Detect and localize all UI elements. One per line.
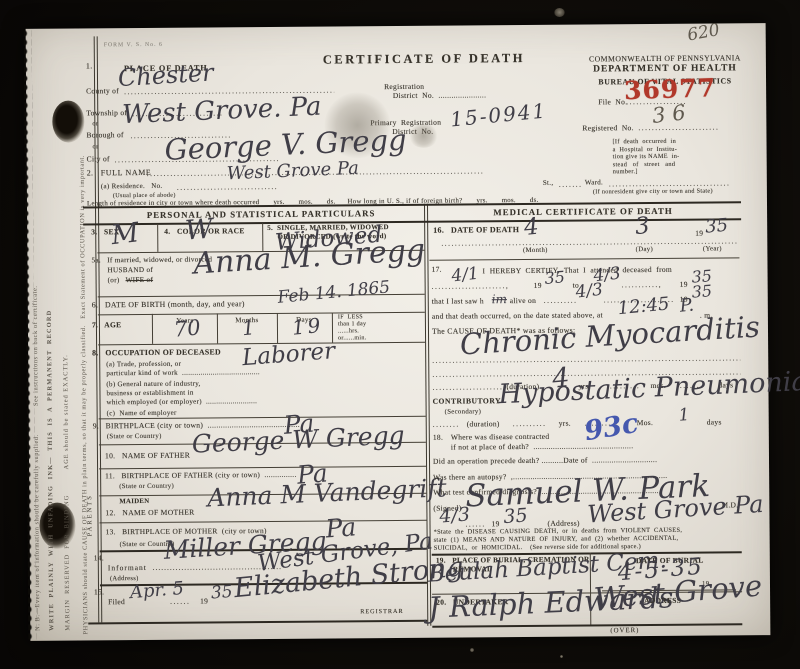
file-no-stamp: 36977	[624, 75, 717, 103]
left-column-header: PERSONAL AND STATISTICAL PARTICULARS	[99, 209, 423, 221]
hospital-note: [If death occurred in a Hospital or Inst…	[612, 138, 679, 176]
certify-intro: I HEREBY CERTIFY, That I attended deceas…	[482, 265, 672, 275]
occupation-c-label: (c) Name of employer	[107, 409, 177, 419]
right-column-bottom-rule	[432, 623, 742, 627]
mother-birthplace-value: Pa	[325, 514, 357, 541]
residence-label: (a) Residence. No.	[101, 182, 163, 191]
file-no-label: File No.	[598, 97, 627, 106]
certify-dots-1: ......................,	[432, 281, 510, 291]
duration2-days-label: days	[707, 417, 722, 426]
duration2-mos-label: Mos.	[637, 418, 653, 427]
row-rule	[429, 257, 739, 260]
registrar-label: REGISTRAR	[360, 607, 403, 616]
borough-value: West Grove. Pa	[122, 94, 322, 128]
certify-number: 17.	[431, 265, 441, 274]
certify-year-1: 35	[544, 269, 566, 287]
spouse-or-label: (or)	[108, 276, 120, 285]
date-of-death-day: 3	[634, 215, 651, 239]
lastsaw-dots-1: ..........	[544, 296, 578, 305]
margin-note-reserved: MARGIN RESERVED FOR BINDING AGE should b…	[60, 119, 71, 631]
full-name-value: George V. Gregg	[164, 125, 407, 164]
certificate-title: CERTIFICATE OF DEATH	[264, 54, 584, 66]
age-cell-divider	[152, 314, 153, 344]
mother-name-value: Anna M Vandegrift	[207, 475, 447, 510]
sex-color-divider	[157, 224, 158, 252]
lastsaw-post: alive on	[510, 296, 536, 305]
right-column-header: MEDICAL CERTIFICATE OF DEATH	[427, 206, 739, 217]
agency-line-1: COMMONWEALTH OF PENNSYLVANIA	[574, 53, 756, 63]
certify-dots-2: ...........,	[622, 280, 663, 289]
ward-label: Ward.	[585, 178, 603, 187]
left-column-bottom-rule	[88, 620, 427, 625]
city-label: City of	[87, 154, 110, 163]
contributory-label: CONTRIBUTORY	[433, 396, 502, 406]
day-caption: (Day)	[619, 245, 669, 254]
dust-speck	[470, 648, 474, 652]
address-paren-label: (Address)	[547, 519, 579, 528]
age-ifless-note: IF LESS than 1 day ......hrs. or......mi…	[338, 314, 367, 342]
secondary-label: (Secondary)	[445, 407, 482, 416]
occupation-b-label: (b) General nature of industry, business…	[106, 379, 257, 407]
father-birthplace-label: 11. BIRTHPLACE OF FATHER (city or town) …	[105, 470, 297, 481]
row-rule	[98, 312, 425, 316]
full-name-label: FULL NAME	[101, 168, 152, 177]
spouse-husband-label: HUSBAND of	[107, 266, 153, 275]
lastsaw-strike: im	[492, 293, 507, 305]
borough-label: Borough of	[86, 130, 123, 139]
primary-registration-value: 15-0941	[449, 100, 548, 129]
lastsaw-value: 4/3	[575, 282, 604, 302]
duration2-days-value: 1	[678, 407, 690, 425]
duration2-dots: ........	[433, 420, 460, 429]
filed-dots: ......	[170, 597, 190, 606]
certify-19b: 19	[680, 280, 688, 289]
spouse-value: Anna M. Gregg	[193, 236, 426, 280]
date-of-death-label: 16. DATE OF DEATH	[433, 225, 519, 235]
county-label: County of	[86, 86, 119, 95]
filed-number: 15.	[94, 587, 104, 596]
age-months-value: 1	[241, 317, 256, 338]
certificate-paper: N. B.—Every item of information should b…	[26, 23, 771, 641]
registered-no-label: Registered No.	[582, 123, 633, 132]
seal-smudge-small	[408, 124, 438, 148]
photo-of-death-certificate: { "header": { "form_code": "FORM V. S. N…	[0, 0, 800, 669]
maiden-label: MAIDEN	[119, 497, 149, 506]
signature-year: 35	[503, 506, 529, 527]
age-days-value: 19	[291, 315, 324, 338]
row-rule	[99, 520, 426, 524]
spouse-wife-label-struck: WIFE of	[126, 276, 154, 285]
filed-19: 19	[200, 596, 208, 605]
father-birthplace-sub: (State or Country)	[119, 482, 174, 491]
informant-number: 14.	[94, 553, 104, 562]
agency-line-2: DEPARTMENT OF HEALTH	[574, 64, 756, 74]
cause-dots-row-1: ........................................…	[432, 353, 740, 364]
q18-number: 18.	[433, 433, 443, 442]
duration2-yrs-label: yrs.	[559, 419, 571, 428]
row-rule	[99, 466, 426, 470]
date-of-death-month: 4	[523, 216, 540, 240]
signature-19: 19	[491, 519, 499, 528]
occupation-a-label: (a) Trade, profession, or particular kin…	[106, 359, 260, 378]
operation-line: Did an operation precede death? ........…	[433, 455, 657, 466]
duration2-dots-b: ..........	[513, 419, 547, 428]
sex-value: M	[110, 219, 141, 249]
or-word-2: or	[93, 142, 99, 151]
month-caption: (Month)	[505, 246, 565, 255]
birthplace-sub: (State or Country)	[107, 432, 162, 441]
margin-note-write-plainly: WRITE PLAINLY WITH UNFADING INK— THIS IS…	[44, 139, 55, 631]
dust-speck	[560, 655, 563, 658]
full-name-dots: ........................................…	[147, 166, 587, 178]
st-label: St.,	[543, 179, 554, 188]
mother-name-label: 12. NAME OF MOTHER	[105, 508, 194, 518]
registration-district-label: Registration District No. ..............…	[384, 81, 486, 100]
or-word-1: or	[92, 119, 98, 128]
margin-note-nb: N. B.—Every item of information should b…	[31, 169, 42, 631]
age-label: 7. AGE	[92, 320, 122, 329]
dob-value: Feb 14. 1865	[277, 279, 391, 307]
parents-vertical-label: PARENTS	[86, 446, 94, 536]
duration2-label: (duration)	[467, 419, 500, 428]
filed-year-value: 35	[210, 584, 233, 603]
registered-no-value: 3 6	[651, 102, 687, 127]
section-2-number: 2.	[87, 168, 94, 177]
date-of-death-year: 35	[704, 217, 728, 237]
form-code: FORM V. S. No. 6	[104, 41, 163, 50]
dob-label: 6. DATE OF BIRTH (month, day, and year)	[92, 299, 245, 309]
age-years-value: 70	[173, 317, 202, 340]
death-occurred-line: and that death occurred, on the date sta…	[432, 310, 603, 320]
father-name-value: George W Gregg	[191, 423, 405, 457]
section-1-number: 1.	[86, 61, 93, 70]
dust-speck	[554, 8, 565, 17]
signature-dots: ......	[465, 519, 485, 528]
lastsaw-pre: that I last saw h	[432, 296, 484, 305]
occupation-a-value: Laborer	[241, 340, 336, 370]
filed-label: Filed	[108, 597, 125, 606]
certify-19a: 19	[534, 281, 542, 290]
residence-value: West Grove Pa	[226, 160, 359, 184]
year-caption: (Year)	[687, 244, 737, 253]
st-dots: .......	[559, 180, 583, 189]
occupation-label: 8. OCCUPATION OF DECEASED	[92, 347, 221, 357]
county-value: Chester	[117, 60, 214, 90]
father-name-label: 10. NAME OF FATHER	[105, 451, 190, 461]
pencil-number: 620	[686, 22, 721, 45]
color-race-value: W	[184, 216, 214, 245]
over-label: (OVER)	[610, 626, 639, 635]
lastsaw-year: 35	[691, 283, 713, 301]
